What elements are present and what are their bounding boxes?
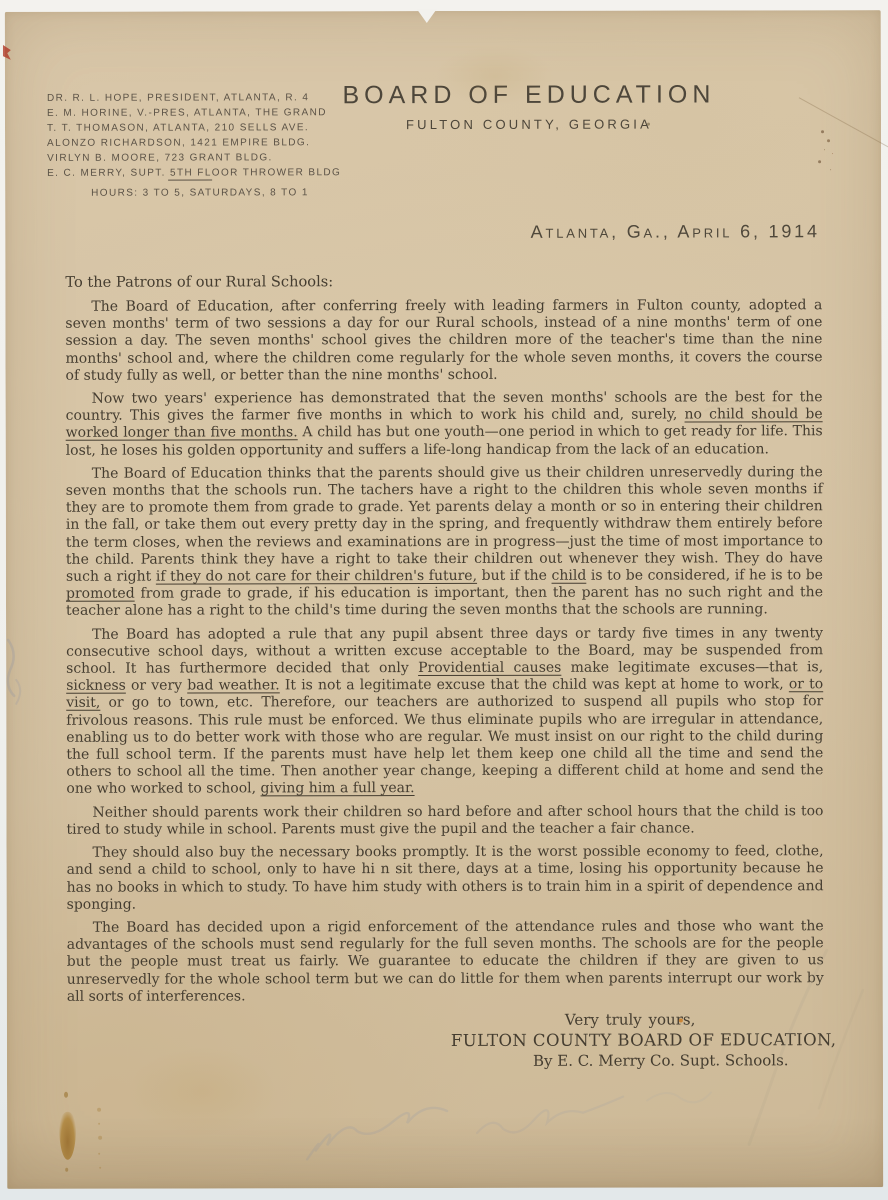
closing-signer: By E. C. Merry Co. Supt. Schools. (533, 1051, 824, 1070)
paragraph: They should also buy the necessary books… (67, 843, 824, 913)
text-segment: The Board has decided upon a rigid enfor… (67, 918, 824, 1004)
text-segment: Neither should parents work their childr… (66, 803, 823, 838)
masthead: BOARD OF EDUCATION FULTON COUNTY, GEORGI… (335, 80, 723, 132)
officer-line: T. T. THOMASON, ATLANTA, 210 SELLS AVE. (47, 120, 347, 136)
text-segment: or go to town, etc. Therefore, our teach… (66, 694, 823, 798)
underlined-phrase: if they do not care for their children's… (156, 568, 477, 585)
text-segment: from grade to grade, if his education is… (66, 584, 823, 619)
text-segment: is to be considered, if he is to be (586, 567, 823, 583)
underlined-phrase: giving him a full year. (261, 781, 415, 797)
stain-dot (64, 1092, 68, 1098)
masthead-subtitle: FULTON COUNTY, GEORGIA (335, 116, 723, 132)
dateline: Atlanta, Ga., April 6, 1914 (491, 221, 859, 243)
letter-body: To the Patrons of our Rural Schools: The… (65, 272, 824, 1071)
crease-line (799, 97, 888, 160)
underlined-phrase: Providential causes (418, 660, 561, 676)
officer-line: E. C. MERRY, SUPT. 5TH FLOOR THROWER BLD… (47, 165, 347, 181)
closing-sign-off: Very truly yours, (565, 1010, 824, 1029)
officer-line: ALONZO RICHARDSON, 1421 EMPIRE BLDG. (47, 135, 347, 151)
underlined-phrase: sickness (66, 678, 126, 694)
text-segment: It is not a legitimate excuse that the c… (280, 677, 789, 694)
stain-streak (97, 1108, 101, 1112)
paragraph: The Board has decided upon a rigid enfor… (67, 918, 824, 1006)
paragraphs: The Board of Education, after conferring… (65, 297, 823, 1006)
officer-line: VIRLYN B. MOORE, 723 GRANT BLDG. (47, 150, 347, 166)
text-segment: or very (126, 678, 187, 694)
paragraph: The Board of Education, after conferring… (65, 297, 822, 385)
stain-dot (65, 1168, 68, 1172)
underlined-phrase: child (552, 568, 587, 584)
paragraph: The Board of Education thinks that the p… (66, 464, 823, 620)
masthead-title: BOARD OF EDUCATION (335, 80, 723, 110)
officer-line: E. M. HORINE, V.-PRES, ATLANTA, THE GRAN… (47, 105, 347, 121)
foxing-spots (821, 130, 824, 133)
text-segment: The Board of Education, after conferring… (65, 297, 822, 383)
text-segment: They should also buy the necessary books… (67, 843, 824, 912)
paragraph: Neither should parents work their childr… (66, 803, 823, 839)
salutation: To the Patrons of our Rural Schools: (65, 272, 822, 291)
paragraph: The Board has adopted a rule that any pu… (66, 625, 823, 799)
office-hours: HOURS: 3 TO 5, SATURDAYS, 8 TO 1 (91, 185, 347, 201)
paper-notch-cut (417, 9, 437, 23)
text-segment: but if the (477, 568, 552, 584)
letterhead-officers: DR. R. L. HOPE, PRESIDENT, ATLANTA, R. 4… (47, 90, 347, 201)
officers-list: DR. R. L. HOPE, PRESIDENT, ATLANTA, R. 4… (47, 90, 347, 181)
page-background: DR. R. L. HOPE, PRESIDENT, ATLANTA, R. 4… (0, 0, 888, 1200)
underlined-phrase: bad weather. (187, 678, 280, 694)
text-segment: make legitimate excuses—that is, (561, 659, 823, 676)
paragraph: Now two years' experience has demonstrat… (66, 389, 823, 459)
officer-line: DR. R. L. HOPE, PRESIDENT, ATLANTA, R. 4 (47, 90, 347, 106)
document-paper: DR. R. L. HOPE, PRESIDENT, ATLANTA, R. 4… (5, 10, 883, 1189)
letterhead-rule (168, 179, 212, 180)
closing-organization: FULTON COUNTY BOARD OF EDUCATION, (451, 1030, 824, 1050)
underlined-phrase: promoted (66, 586, 135, 602)
stain-drip (59, 1112, 76, 1160)
red-edge-mark (3, 45, 11, 60)
